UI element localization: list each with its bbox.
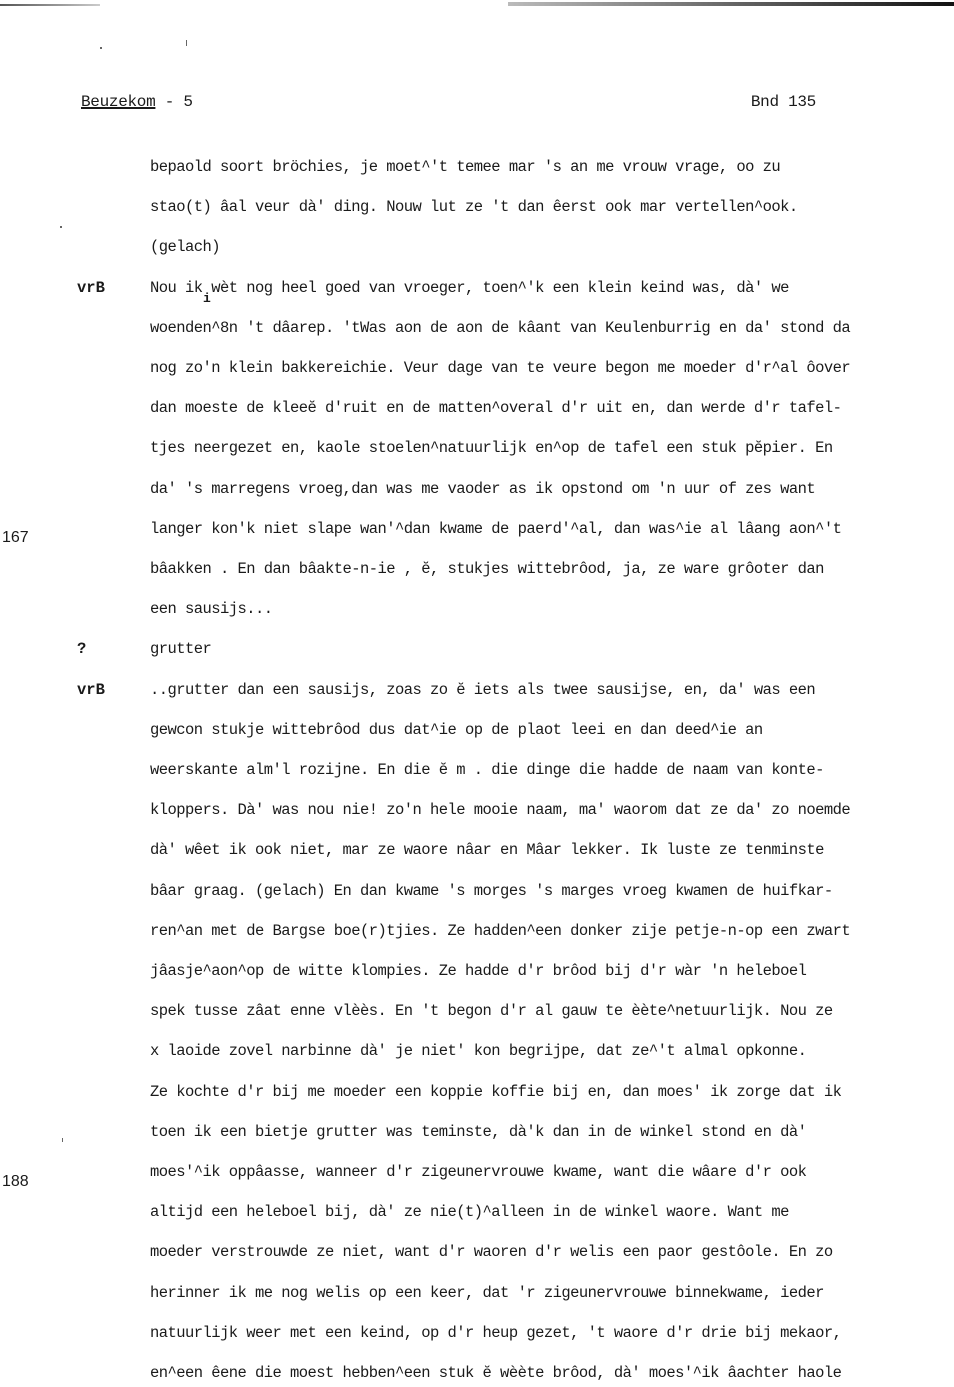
document-page-number: - 5: [155, 93, 192, 111]
speaker-label: ?: [77, 639, 86, 659]
transcript-line: langer kon'k niet slape wan'^dan kwame d…: [150, 519, 841, 539]
transcript-line: nog zo'n klein bakkereichie. Veur dage v…: [150, 358, 850, 378]
transcript-line: woenden^8n 't dâarep. 'tWas aon de aon d…: [150, 318, 850, 338]
transcript-line: bâar graag. (gelach) En dan kwame 's mor…: [150, 881, 833, 901]
document-title: Beuzekom: [81, 93, 155, 111]
transcript-line: bâakken . En dan bâakte-n-ie , ĕ, stukje…: [150, 559, 824, 579]
speaker-label: vrB: [77, 278, 105, 298]
scan-speck: [62, 1138, 63, 1142]
margin-line-number: 188: [2, 1172, 29, 1192]
transcript-line: natuurlijk weer met een keind, op d'r he…: [150, 1323, 841, 1343]
transcript-line: moeder verstrouwde ze niet, want d'r wao…: [150, 1242, 833, 1262]
transcript-line: Ze kochte d'r bij me moeder een koppie k…: [150, 1082, 841, 1102]
transcript-line: toen ik een bietje grutter was teminste,…: [150, 1122, 806, 1142]
transcript-line: x laoide zovel narbinne dà' je niet' kon…: [150, 1041, 806, 1061]
transcript-line: gewcon stukje wittebrôod dus dat^ie op d…: [150, 720, 763, 740]
speaker-label: vrB: [77, 680, 105, 700]
transcript-line: Nou ik wèt nog heel goed van vroeger, to…: [150, 278, 789, 298]
scan-speck: [186, 40, 187, 46]
scan-artifact-line-right: [508, 2, 954, 6]
transcript-line: een sausijs...: [150, 599, 273, 619]
transcript-line: bepaold soort bröchies, je moet^'t temee…: [150, 157, 780, 177]
document-header-left: Beuzekom - 5: [81, 93, 193, 111]
transcript-line: spek tusse zâat enne vlèès. En 't begon …: [150, 1001, 833, 1021]
scan-speck: [60, 226, 62, 228]
transcript-line: altijd een heleboel bij, dà' ze nie(t)^a…: [150, 1202, 789, 1222]
transcript-line: moes'^ik oppâasse, wanneer d'r zigeunerv…: [150, 1162, 806, 1182]
scan-speck: [100, 47, 102, 49]
transcript-line: weerskante alm'l rozijne. En die ĕ m . d…: [150, 760, 824, 780]
transcript-line: (gelach): [150, 237, 220, 257]
transcript-line: stao(t) âal veur dà' ding. Nouw lut ze '…: [150, 197, 798, 217]
band-number: Bnd 135: [751, 93, 816, 111]
transcript-line: ren^an met de Bargse boe(r)tjies. Ze had…: [150, 921, 850, 941]
transcript-line: dan moeste de kleeĕ d'ruit en de matten^…: [150, 398, 841, 418]
transcript-line: da' 's marregens vroeg,dan was me vaoder…: [150, 479, 815, 499]
transcript-line: kloppers. Dà' was nou nie! zo'n hele moo…: [150, 800, 850, 820]
margin-line-number: 167: [2, 528, 29, 548]
scan-artifact-line-left: [0, 4, 100, 6]
transcript-line: tjes neergezet en, kaole stoelen^natuurl…: [150, 438, 833, 458]
transcript-line: ..grutter dan een sausijs, zoas zo ĕ iet…: [150, 680, 815, 700]
transcript-line: jâasje^aon^op de witte klompies. Ze hadd…: [150, 961, 806, 981]
transcript-line: herinner ik me nog welis op een keer, da…: [150, 1283, 824, 1303]
transcript-line: grutter: [150, 639, 211, 659]
transcript-line: en^een êene die moest hebben^een stuk ĕ …: [150, 1363, 841, 1383]
transcript-line: dà' wêet ik ook niet, mar ze waore nâar …: [150, 840, 824, 860]
